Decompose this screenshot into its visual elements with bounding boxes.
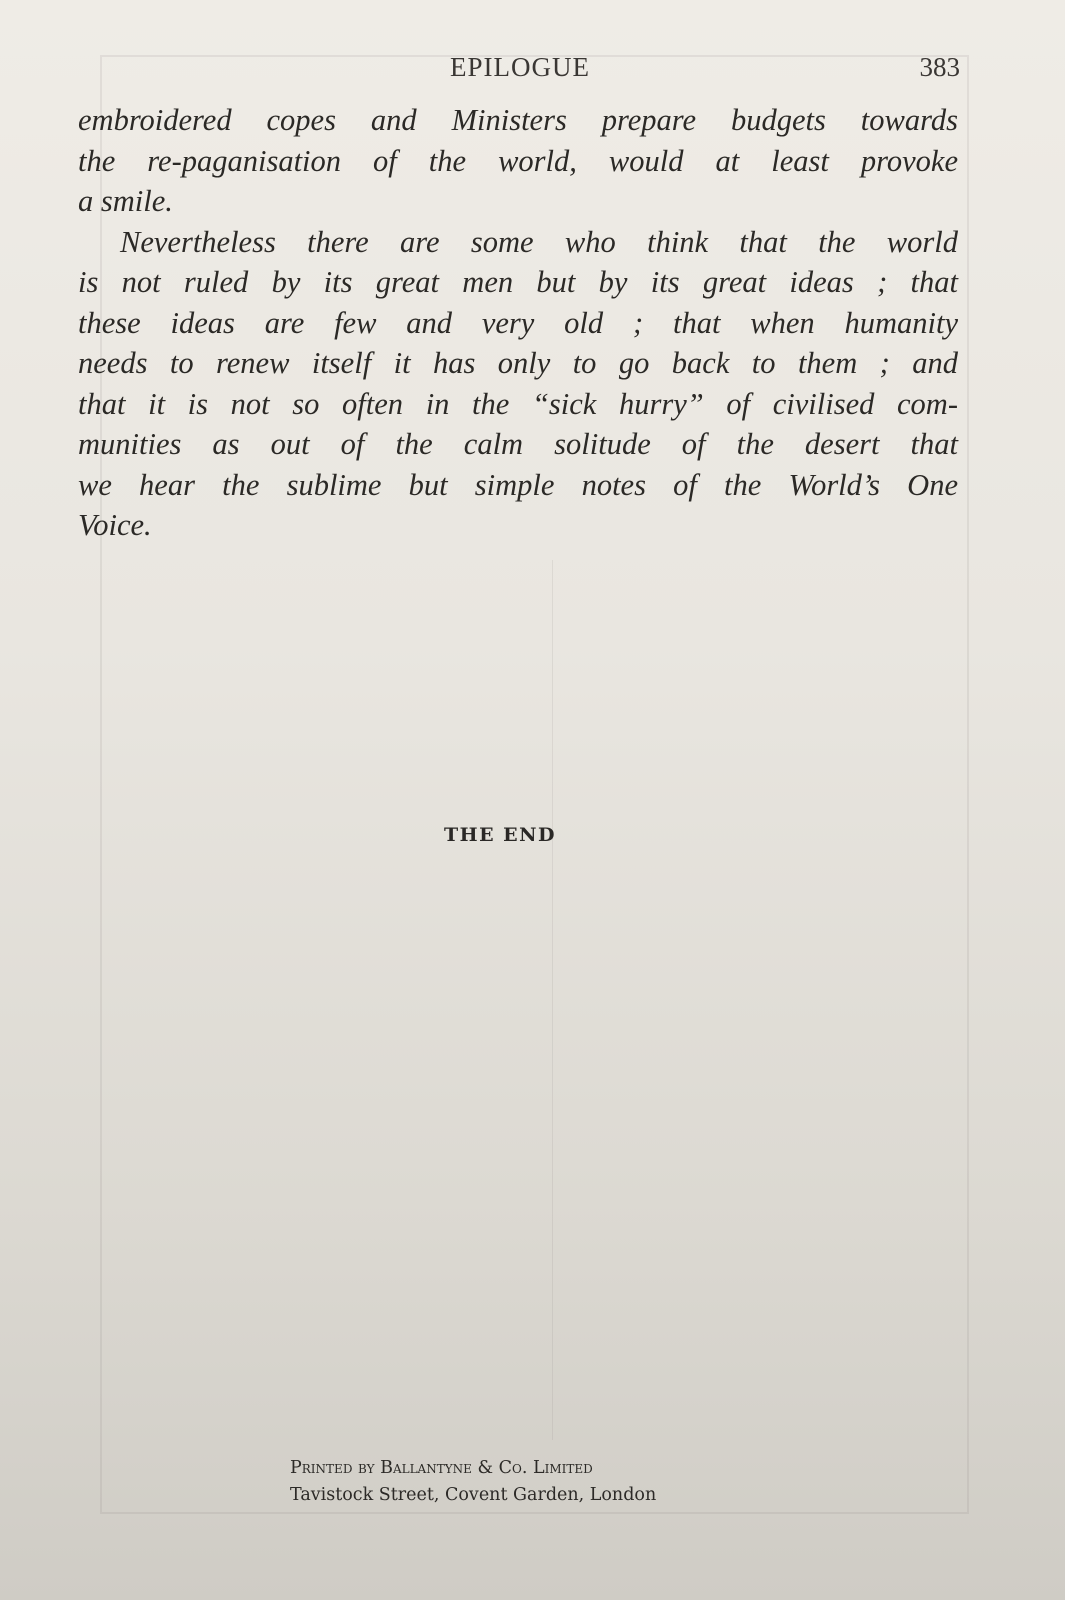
text-line: these ideas are few and very old ; that …: [78, 303, 958, 344]
imprint-line-1: Printed by Ballantyne & Co. Limited: [290, 1455, 760, 1482]
text-line: the re-paganisation of the world, would …: [78, 141, 958, 182]
printer-imprint: Printed by Ballantyne & Co. Limited Tavi…: [290, 1455, 760, 1509]
imprint-line-2: Tavistock Street, Covent Garden, London: [290, 1482, 760, 1509]
text-line: Nevertheless there are some who think th…: [78, 222, 958, 263]
the-end-heading: THE END: [0, 824, 1000, 846]
text-line: a smile.: [78, 181, 958, 222]
page-number: 383: [920, 52, 961, 83]
text-line: that it is not so often in the “sick hur…: [78, 384, 958, 425]
text-line: we hear the sublime but simple notes of …: [78, 465, 958, 506]
text-line: embroidered copes and Ministers prepare …: [78, 100, 958, 141]
text-line: needs to renew itself it has only to go …: [78, 343, 958, 384]
running-head: EPILOGUE 383: [80, 52, 960, 86]
text-line: munities as out of the calm solitude of …: [78, 424, 958, 465]
show-through-divider: [552, 560, 553, 1440]
running-title: EPILOGUE: [80, 52, 960, 83]
text-line: Voice.: [78, 505, 958, 546]
paragraph-2: Nevertheless there are some who think th…: [78, 222, 958, 546]
body-text: embroidered copes and Ministers prepare …: [78, 100, 958, 546]
paragraph-1: embroidered copes and Ministers prepare …: [78, 100, 958, 222]
text-line: is not ruled by its great men but by its…: [78, 262, 958, 303]
